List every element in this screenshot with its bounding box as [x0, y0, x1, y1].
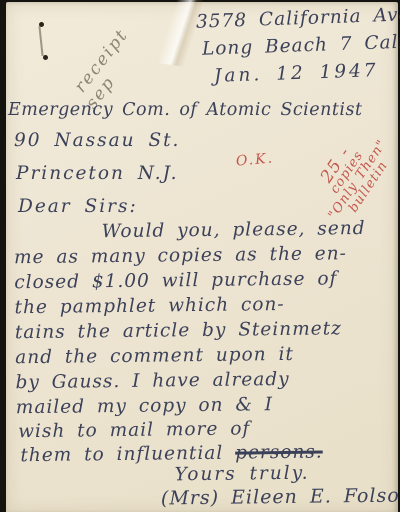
body-line-9: wish to mail more of	[18, 418, 250, 442]
body-line-3: closed $1.00 will purchase of	[14, 268, 337, 293]
letter-body: Would you, please, send me as many copie…	[0, 0, 400, 512]
body-line-1: Would you, please, send	[102, 218, 366, 242]
body-line-8: mailed my copy on & I	[16, 394, 273, 418]
body-line-6: and the comment upon it	[15, 344, 294, 368]
body-line-7: by Gauss. I have already	[15, 369, 289, 393]
body-line-5: tains the article by Steinmetz	[15, 318, 342, 343]
body-line-4: the pamphlet which con-	[14, 294, 284, 318]
closing: Yours truly.	[175, 463, 310, 486]
struck-word: persons.	[235, 442, 323, 464]
body-line-2: me as many copies as the en-	[14, 243, 347, 268]
signature: (Mrs) Eileen E. Folsom	[161, 484, 400, 509]
body-line-10-text: them to influential	[20, 443, 223, 466]
